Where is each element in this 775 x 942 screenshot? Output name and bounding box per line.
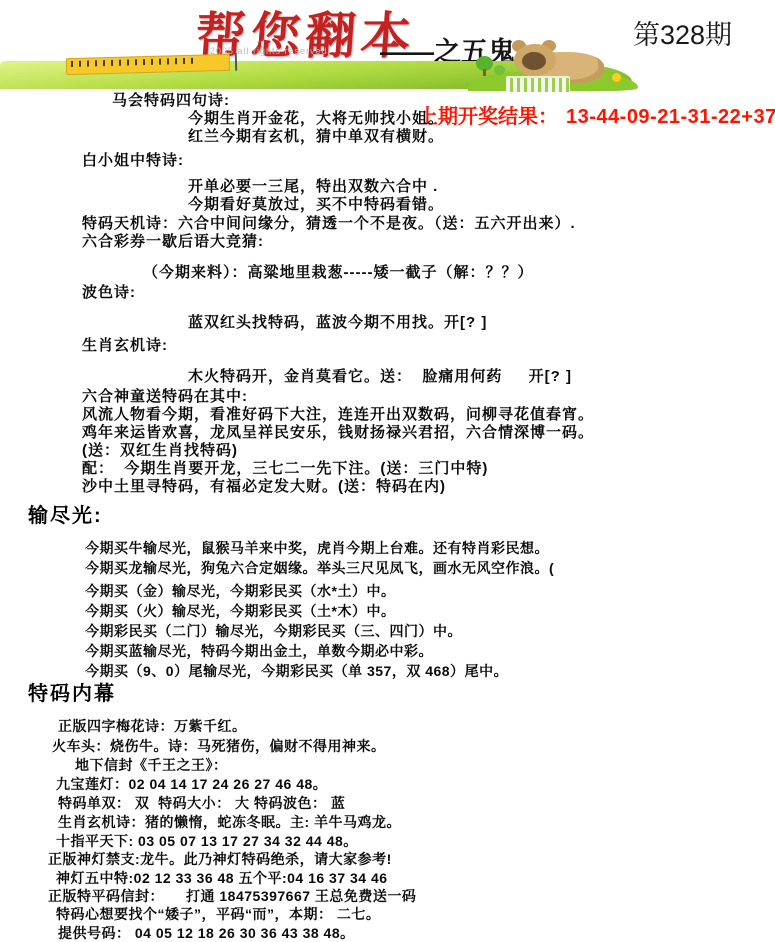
shujinguang-line: 今期彩民买（二门）输尽光，今期彩民买（三、四门）中。 <box>85 623 462 639</box>
poem-line: 沙中土里寻特码，有福必定发大财。(送：特码在内) <box>82 478 446 495</box>
neimu-line: 特码单双： 双 特码大小： 大 特码波色： 蓝 <box>58 795 345 811</box>
section-title-shujinguang: 输尽光: <box>28 505 103 528</box>
poem-title-horse-club: 马会特码四句诗: <box>112 92 230 109</box>
neimu-line: 地下信封《千王之王》： <box>75 757 228 773</box>
shujinguang-line: 今期买牛输尽光，鼠猴马羊来中奖，虎肖今期上台难。还有特肖彩民想。 <box>85 540 549 556</box>
poem-title-xiehouyu: 六合彩券一歇后语大竞猜: <box>82 233 264 250</box>
poem-line: 木火特码开，金肖莫看它。送： 脸痛用何药 开[? ] <box>188 368 572 385</box>
neimu-line: 提供号码： 04 05 12 18 26 30 36 43 38 48。 <box>58 925 355 941</box>
shujinguang-line: 今期买龙输尽光，狗兔六合定姻缘。举头三尺见凤飞，画水无风空作浪。( <box>85 560 554 576</box>
neimu-line: 九宝莲灯：02 04 14 17 24 26 27 46 48。 <box>56 776 327 792</box>
chick-icon <box>612 73 621 82</box>
poem-line: 今期看好莫放过，买不中特码看错。 <box>188 196 444 213</box>
poem-title-bose: 波色诗: <box>82 284 136 301</box>
poem-line: 红兰今期有玄机，猜中单双有横财。 <box>188 128 444 145</box>
last-result-numbers: 13-44-09-21-31-22+37 <box>566 106 775 128</box>
poem-title-shengxiao: 生肖玄机诗: <box>82 337 168 354</box>
neimu-line: 十指平天下: 03 05 07 13 17 27 34 32 44 48。 <box>56 833 358 849</box>
tipsheet-page: 帮您翻本 ——之五鬼 第328期 2005 all rights reserve… <box>0 0 775 942</box>
neimu-line: 正版四字梅花诗：万紫千红。 <box>58 718 247 734</box>
poem-line: （今期来料）：高粱地里栽葱-----矮一截子（解：？？） <box>143 264 533 281</box>
poem-line: 蓝双红头找特码，蓝波今期不用找。开[? ] <box>188 314 487 331</box>
poem-title-bai-lady: 白小姐中特诗: <box>82 152 184 169</box>
poem-line: 鸡年来运皆欢喜，龙凤呈祥民安乐，钱财扬禄兴君招，六合情深博一码。 <box>82 424 594 441</box>
fence-icon <box>506 76 570 92</box>
shujinguang-line: 今期买（金）输尽光，今期彩民买（水*土）中。 <box>85 583 395 599</box>
poem-line: 风流人物看今期，看准好码下大注，连连开出双数码，问柳寻花值春宵。 <box>82 406 594 423</box>
shujinguang-line: 今期买蓝输尽光，特码今期出金土，单数今期必中彩。 <box>85 643 433 659</box>
neimu-line: 神灯五中特:02 12 33 36 48 五个平:04 16 37 34 46 <box>56 870 388 886</box>
poem-title-shentong: 六合神童送特码在其中: <box>82 388 248 405</box>
neimu-line: 正版神灯禁支:龙牛。此乃神灯特码绝杀，请大家参考! <box>48 851 392 867</box>
shujinguang-line: 今期买（9、0）尾输尽光，今期彩民买（单 357，双 468）尾中。 <box>85 663 508 679</box>
neimu-line: 正版特平码信封： 打通 18475397667 王总免费送一码 <box>48 888 416 904</box>
section-title-neimu: 特码内幕 <box>28 683 116 706</box>
poem-line: 今期生肖开金花，大将无帅找小姐。 <box>188 110 444 127</box>
neimu-line: 特码心想要找个“婑子”，平码“而”，本期： 二七。 <box>56 906 380 922</box>
poem-tianji: 特码天机诗：六合中间问缘分，猜透一个不是夜。（送：五六开出来）. <box>82 215 576 232</box>
shujinguang-line: 今期买（火）输尽光，今期彩民买（土*木）中。 <box>85 603 395 619</box>
bear-face <box>522 52 546 70</box>
teddy-bear-icon <box>498 42 606 90</box>
last-result-banner: 上期开奖结果：13-44-09-21-31-22+37 <box>418 100 775 129</box>
tree-icon <box>476 56 493 71</box>
neimu-line: 生肖玄机诗：猪的懒惰，蛇冻冬眠。主: 羊牛马鸡龙。 <box>58 814 401 830</box>
poem-line: (送：双红生肖找特码) <box>82 442 238 459</box>
poem-line: 配： 今期生肖要开龙，三七二一先下注。(送：三门中特) <box>82 460 488 477</box>
poem-line: 开单必要一三尾，特出双数六合中 . <box>188 178 438 195</box>
neimu-line: 火车头：烧伤牛。诗：马死猪伤，偏财不得用神来。 <box>52 738 386 754</box>
issue-number: 第328期 <box>633 13 732 52</box>
